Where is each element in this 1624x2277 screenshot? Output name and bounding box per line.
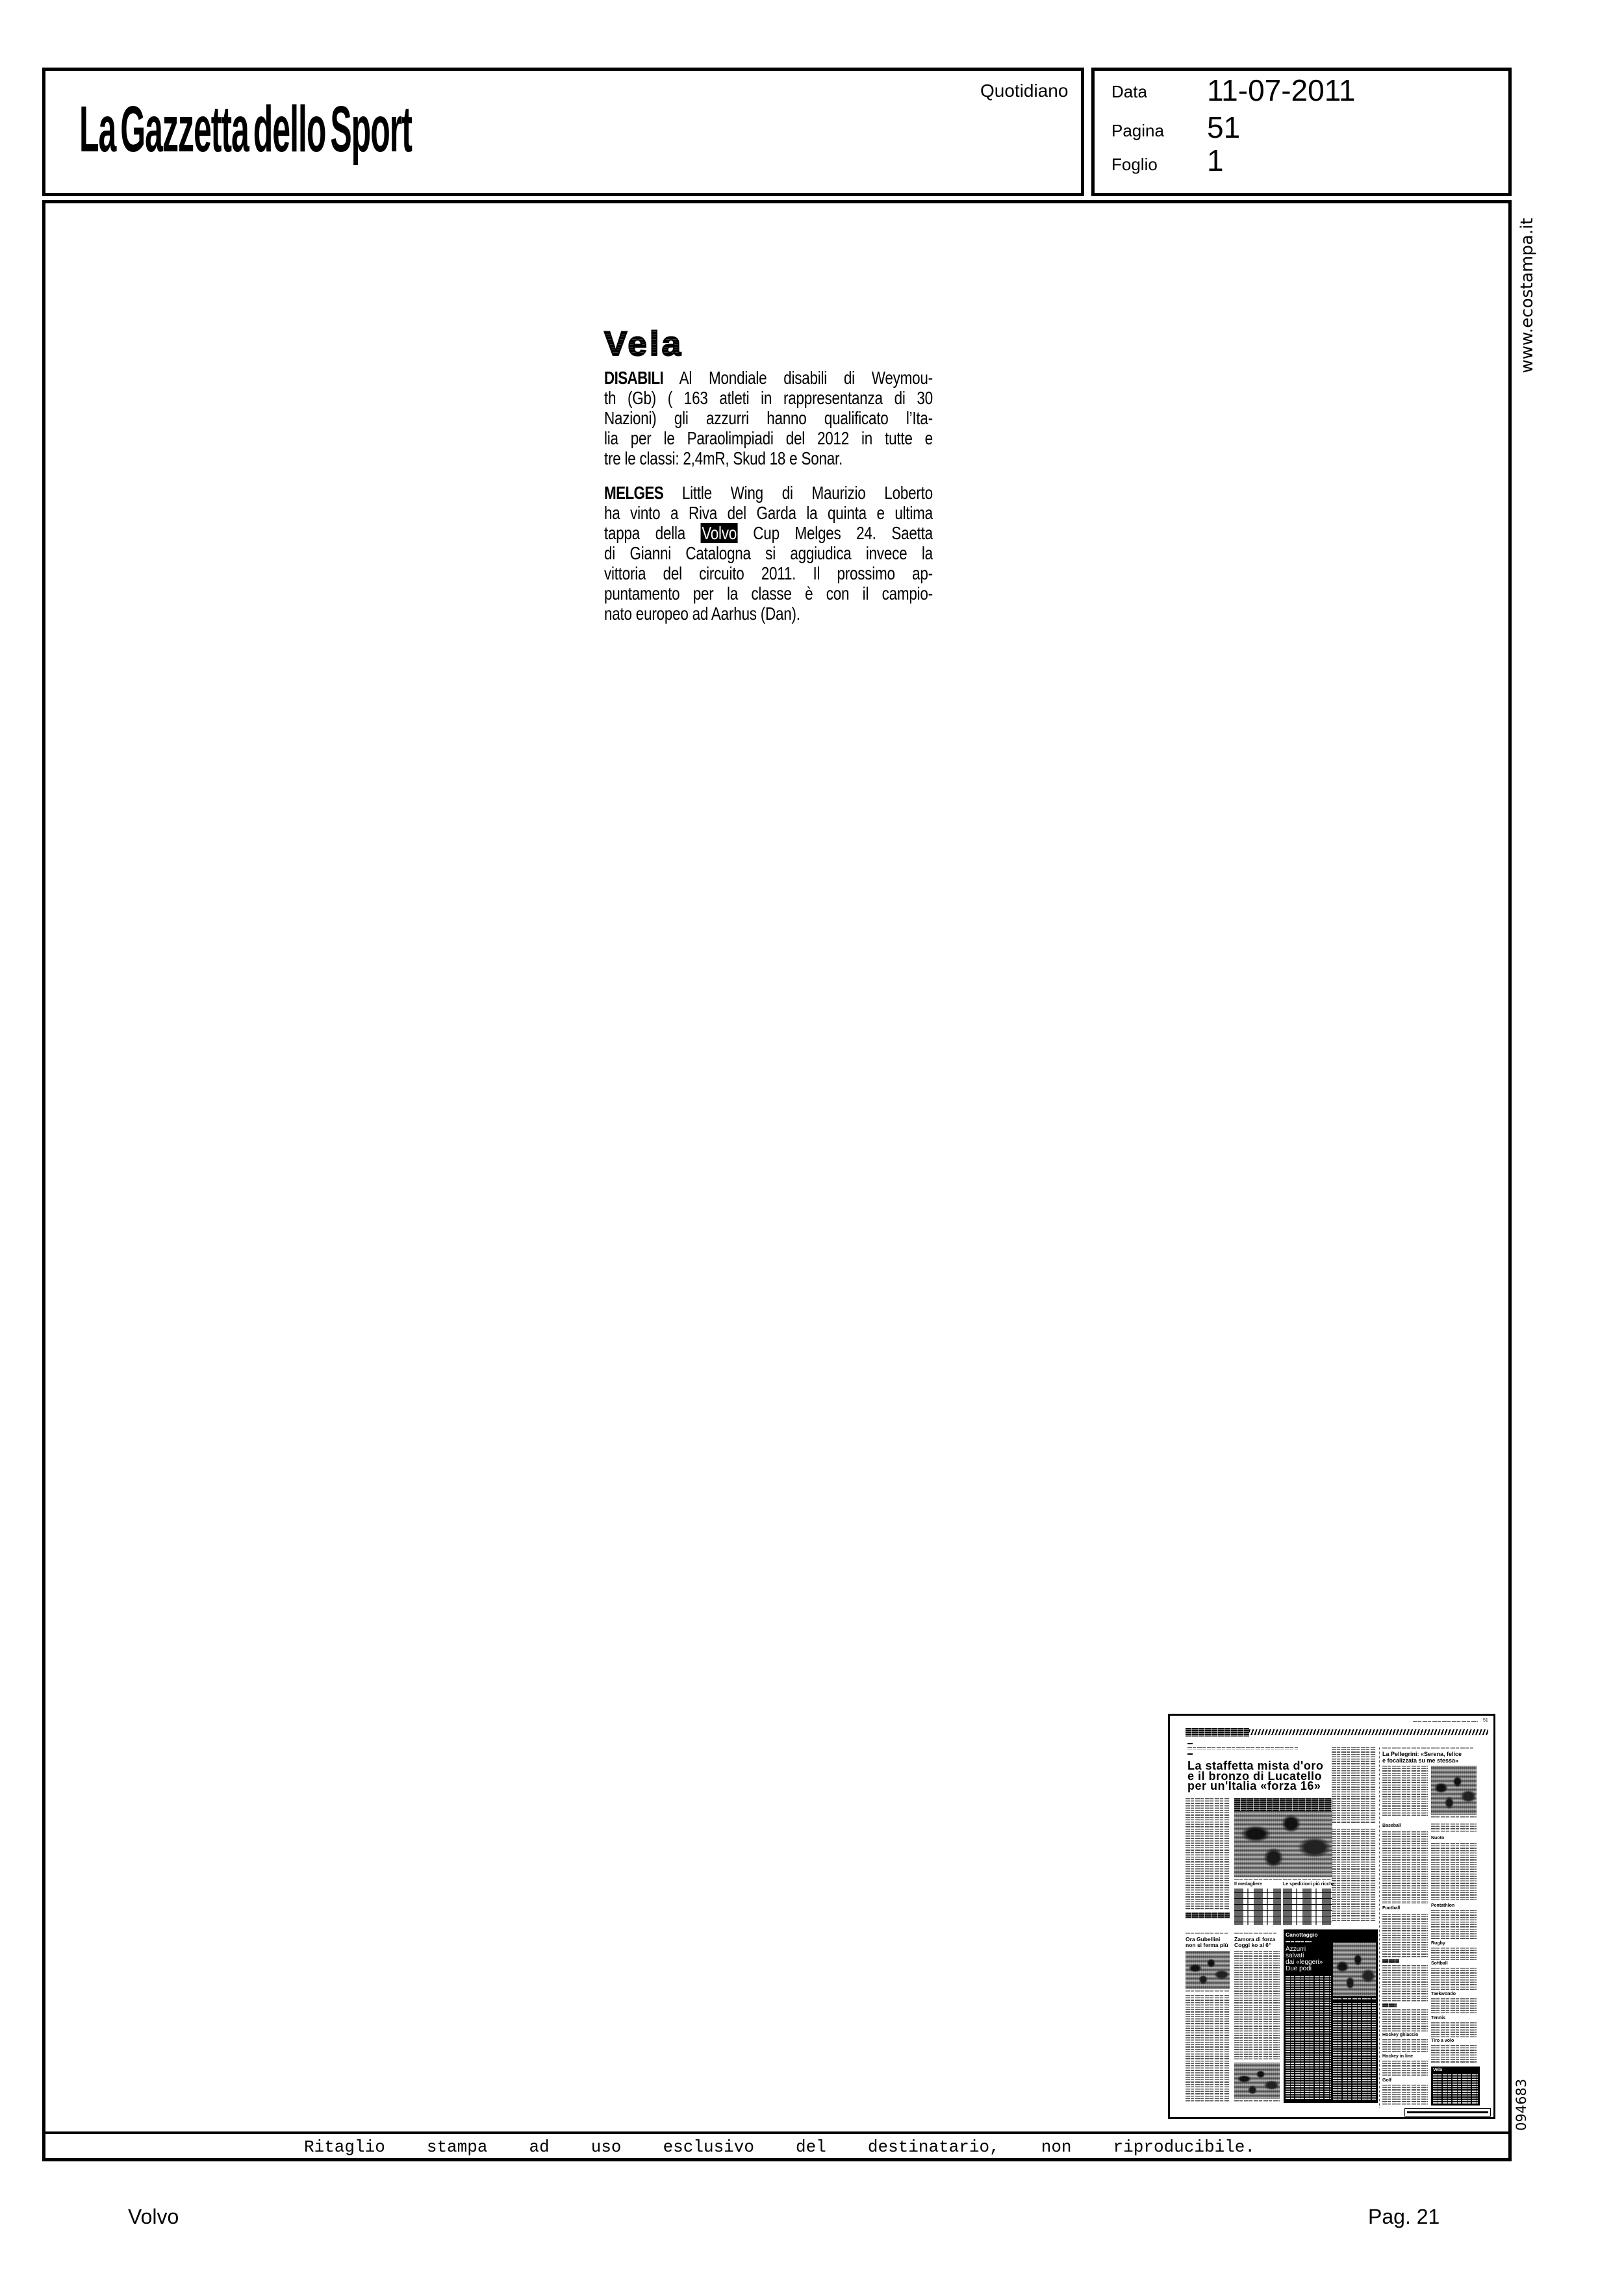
thumb-vela-text	[1433, 2074, 1478, 2104]
thumb-table-medals	[1234, 1889, 1281, 1925]
thumb-section-bar-pattern	[1249, 1729, 1488, 1735]
thumb-brief-text	[1431, 1910, 1477, 1940]
page-number: Pag. 21	[1368, 2206, 1440, 2227]
thumb-photo-caption	[1431, 1816, 1477, 1818]
thumb-photo-story-b	[1234, 2063, 1280, 2099]
thumb-brief-text	[1431, 2045, 1477, 2064]
thumb-brief-text	[1382, 2039, 1428, 2053]
thumb-text-column	[1186, 1798, 1230, 1911]
thumb-table-delegations	[1283, 1889, 1332, 1925]
thumb-brief-text	[1382, 2061, 1428, 2076]
thumb-brief-heading-illegible	[1382, 1959, 1399, 1963]
date-label: Data	[1111, 83, 1147, 100]
thumb-brief-heading: Softball	[1431, 1961, 1448, 1966]
sheet-value: 1	[1207, 146, 1224, 175]
section-title: Vela	[604, 327, 683, 361]
thumb-brief-heading: Golf	[1382, 2078, 1391, 2083]
thumb-kicker	[1187, 1747, 1298, 1749]
thumb-brief-heading: Hockey ghiaccio	[1382, 2033, 1418, 2038]
page-value: 51	[1207, 112, 1240, 142]
headline-line: non si ferma più	[1186, 1942, 1228, 1948]
thumb-text-column	[1186, 1995, 1230, 2102]
thumb-photo-overlay-text	[1234, 1798, 1332, 1811]
thumb-kicker	[1234, 1933, 1276, 1935]
article-line: DISABILI Al Mondiale disabili di Weymou-	[604, 368, 933, 388]
newspaper-logo: La Gazzetta dello Sport	[79, 97, 412, 162]
thumb-legal-bar	[1407, 2111, 1488, 2113]
thumb-dash	[1187, 1753, 1193, 1755]
thumb-photo-caption	[1234, 1879, 1332, 1881]
thumb-rowing-photo	[1333, 1942, 1376, 1996]
thumb-brief-text	[1431, 1968, 1477, 1991]
thumb-text-column	[1332, 1829, 1376, 1921]
thumb-vela-box: Vela	[1431, 2067, 1480, 2105]
thumb-rowing-text	[1286, 1976, 1331, 2100]
thumb-brief-text	[1382, 1965, 1428, 2002]
article-line: lia per le Paraolimpiadi del 2012 in tut…	[604, 428, 933, 448]
thumb-photo-portrait	[1431, 1766, 1477, 1815]
line-text: Cup Melges 24. Saetta	[738, 523, 933, 543]
thumb-kicker	[1382, 1748, 1473, 1749]
thumb-brief-heading: Football	[1382, 1906, 1400, 1911]
headline-line: e focalizzata su me stessa»	[1382, 1758, 1462, 1764]
thumb-brief-text	[1431, 1948, 1477, 1960]
thumb-rowing-headline: Azzurri salvati dai «leggeri» Due podi	[1286, 1946, 1323, 1972]
ecostampa-website: www.ecostampa.it	[1517, 216, 1537, 375]
thumb-legal-box	[1404, 2108, 1491, 2117]
paragraph-lead: MELGES	[604, 483, 663, 503]
article-paragraph-melges: MELGES Little Wing di Maurizio Loberto h…	[604, 483, 933, 624]
thumb-main-headline: La staffetta mista d'oro e il bronzo di …	[1187, 1761, 1323, 1792]
thumb-rowing-kicker	[1286, 1941, 1312, 1943]
thumb-brief-text	[1382, 1831, 1428, 1904]
thumb-photo-story-a	[1186, 1951, 1230, 1989]
headline-line: Coggi ko al 6°	[1234, 1942, 1275, 1948]
line-text: Little Wing di Maurizio Loberto	[663, 483, 933, 503]
paragraph-lead: DISABILI	[604, 368, 663, 388]
thumb-side-headline: La Pellegrini: «Serena, felice e focaliz…	[1382, 1751, 1462, 1764]
thumb-rowing-text	[1333, 2003, 1376, 2100]
thumb-brief-heading: Tennis	[1431, 2016, 1445, 2021]
thumb-brief-heading: Taekwondo	[1431, 1992, 1456, 1997]
line-text: tappa della	[604, 523, 701, 543]
date-value: 11-07-2011	[1207, 75, 1355, 105]
thumb-vela-heading: Vela	[1433, 2068, 1442, 2073]
publication-frequency: Quotidiano	[980, 82, 1068, 100]
thumb-text-column	[1332, 1747, 1376, 1824]
thumb-brief-text	[1382, 1914, 1428, 1957]
thumb-rowing-caption	[1333, 1998, 1376, 2000]
thumb-text-column	[1234, 1951, 1280, 2060]
thumb-brief-heading: Tiro a volo	[1431, 2039, 1454, 2044]
article-paragraph-disabili: DISABILI Al Mondiale disabili di Weymou-…	[604, 368, 933, 468]
thumb-section-bar	[1186, 1728, 1249, 1736]
article-line: puntamento per la classe è con il campio…	[604, 583, 933, 604]
thumb-brief-heading: Baseball	[1382, 1824, 1401, 1829]
thumb-column-separator	[1379, 1747, 1380, 2107]
thumb-brief-heading-illegible	[1382, 2004, 1397, 2007]
thumb-brief-heading: Nuoto	[1431, 1836, 1444, 1841]
article-line: di Gianni Catalogna si aggiudica invece …	[604, 543, 933, 563]
thumb-brief-heading: Pentathlon	[1431, 1903, 1454, 1909]
page-thumbnail: 51 La staffetta mista d'oro e il bronzo …	[1168, 1714, 1495, 2119]
thumb-brief-text	[1431, 2022, 1477, 2037]
article-line: tre le classi: 2,4mR, Skud 18 e Sonar.	[604, 448, 933, 468]
thumb-dash	[1187, 1743, 1193, 1744]
footer-divider	[42, 2131, 1512, 2134]
article-line: tappa della Volvo Cup Melges 24. Saetta	[604, 523, 933, 543]
thumb-story-b-headline: Zamora di forza Coggi ko al 6°	[1234, 1937, 1275, 1948]
thumb-rowing-section: Canottaggio	[1286, 1932, 1318, 1938]
thumb-brief-text	[1431, 1843, 1477, 1901]
headline-line: Due podi	[1286, 1966, 1323, 1972]
clipping-code: 094683	[1514, 2079, 1529, 2131]
article-line: ha vinto a Riva del Garda la quinta e ul…	[604, 503, 933, 523]
thumb-photo-caption	[1234, 2100, 1280, 2102]
article-line: nato europeo ad Aarhus (Dan).	[604, 604, 933, 624]
page-label: Pagina	[1111, 122, 1164, 139]
thumb-table-title: Le spedizioni più ricche	[1283, 1882, 1334, 1887]
article-line: th (Gb) ( 163 atleti in rappresentanza d…	[604, 388, 933, 408]
thumb-rowing-box: Canottaggio Azzurri salvati dai «leggeri…	[1284, 1929, 1378, 2103]
article-line: Nazioni) gli azzurri hanno qualificato l…	[604, 408, 933, 428]
thumb-photo-caption	[1186, 1991, 1230, 1992]
thumb-kicker	[1186, 1933, 1228, 1935]
thumb-brief-heading: Hockey in line	[1382, 2054, 1413, 2059]
article-line: MELGES Little Wing di Maurizio Loberto	[604, 483, 933, 503]
thumb-text-column	[1382, 1766, 1428, 1816]
thumb-brief-text	[1431, 1824, 1477, 1833]
line-text: Al Mondiale disabili di Weymou-	[663, 368, 933, 388]
thumb-brief-text	[1382, 2085, 1428, 2105]
thumb-page-info	[1413, 1721, 1478, 1723]
headline-line: per un'Italia «forza 16»	[1187, 1781, 1323, 1792]
clipping-disclaimer: Ritaglio stampa ad uso esclusivo del des…	[304, 2137, 1255, 2157]
highlighted-keyword: Volvo	[701, 523, 738, 543]
thumb-text-footnote	[1186, 1913, 1230, 1918]
thumb-brief-heading: Rugby	[1431, 1941, 1445, 1946]
thumb-story-a-headline: Ora Gubellini non si ferma più	[1186, 1937, 1228, 1948]
article-line: vittoria del circuito 2011. Il prossimo …	[604, 563, 933, 583]
client-name: Volvo	[128, 2206, 179, 2227]
thumb-brief-text	[1382, 2009, 1428, 2031]
thumb-page-number: 51	[1483, 1718, 1488, 1724]
thumb-table-title: Il medagliere	[1234, 1882, 1262, 1887]
thumb-brief-text	[1431, 1998, 1477, 2015]
sheet-label: Foglio	[1111, 156, 1158, 173]
